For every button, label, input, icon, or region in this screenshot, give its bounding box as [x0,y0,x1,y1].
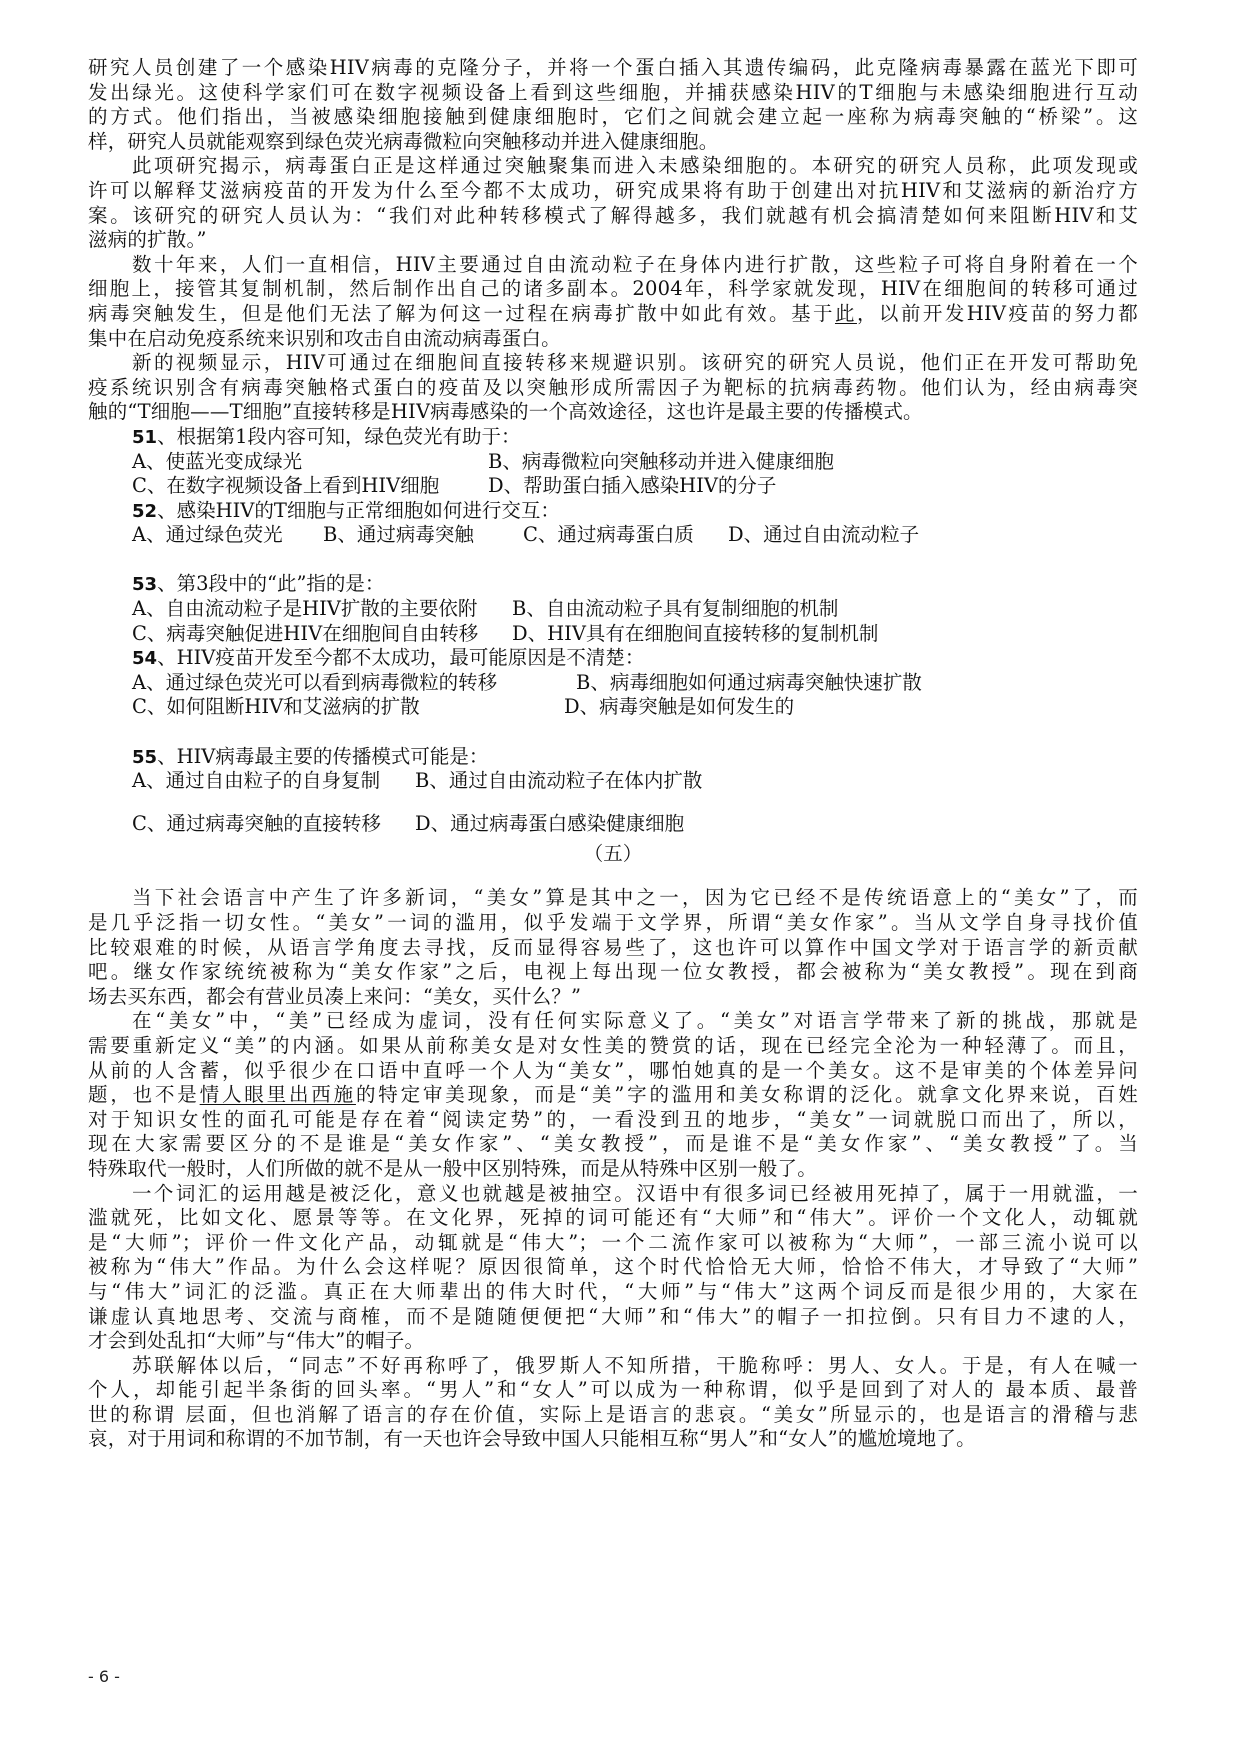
option-a[interactable]: A、通过绿色荧光可以看到病毒微粒的转移 [132,671,497,696]
question-stem: 53、第3段中的“此”指的是： [88,572,1138,597]
text-line: 的方式。他们指出，当被感染细胞接触到健康细胞时，它们之间就会建立起一座称为病毒突… [88,105,1138,130]
underlined-phrase: 情人眼里出西施 [200,1083,356,1106]
section5-paragraph-1: 当下社会语言中产生了许多新词，“美女”算是其中之一，因为它已经不是传统语意上的“… [88,886,1138,1009]
question-55: 55、HIV病毒最主要的传播模式可能是： A、通过自由粒子的自身复制 B、通过自… [88,745,1138,837]
option-d[interactable]: D、通过病毒蛋白感染健康细胞 [415,812,684,837]
text-line: 疫系统识别含有病毒突触格式蛋白的疫苗及以突触形成所需因子为靶标的抗病毒药物。他们… [88,376,1138,401]
question-51: 51、根据第1段内容可知，绿色荧光有助于： A、使蓝光变成绿光 B、病毒微粒向突… [88,425,1138,499]
text-line: 新的视频显示，HIV可通过在细胞间直接转移来规避识别。该研究的研究人员说，他们正… [88,351,1138,376]
text-line: 滥就死，比如文化、愿景等等。在文化界，死掉的词可能还有“大师”和“伟大”。评价一… [88,1206,1138,1231]
option-a[interactable]: A、使蓝光变成绿光 [132,450,302,475]
underlined-reference-word: 此 [835,302,857,325]
option-c[interactable]: C、如何阻断HIV和艾滋病的扩散 [132,695,420,720]
text-line: 个人，却能引起半条街的回头率。“男人”和“女人”可以成为一种称谓，似乎是回到了对… [88,1378,1138,1403]
option-b[interactable]: B、通过自由流动粒子在体内扩散 [415,769,702,794]
text-line: 集中在启动免疫系统来识别和攻击自由流动病毒蛋白。 [88,327,1138,352]
text-line: 一个词汇的运用越是被泛化，意义也就越是被抽空。汉语中有很多词已经被用死掉了，属于… [88,1182,1138,1207]
text-line: 比较艰难的时候，从语言学角度去寻找，反而显得容易些了，这也许可以算作中国文学对于… [88,936,1138,961]
text-line: 在“美女”中，“美”已经成为虚词，没有任何实际意义了。“美女”对语言学带来了新的… [88,1009,1138,1034]
option-d[interactable]: D、通过自由流动粒子 [728,523,919,548]
option-b[interactable]: B、通过病毒突触 [323,523,474,548]
text-line: 发出绿光。这使科学家们可在数字视频设备上看到这些细胞，并捕获感染HIV的T细胞与… [88,81,1138,106]
option-a[interactable]: A、通过自由粒子的自身复制 [132,769,380,794]
section5-paragraph-4: 苏联解体以后，“同志”不好再称呼了，俄罗斯人不知所措，干脆称呼：男人、女人。于是… [88,1354,1138,1452]
text-line: 哀，对于用词和称谓的不加节制，有一天也许会导致中国人只能相互称“男人”和“女人”… [88,1427,1138,1452]
text-line: 当下社会语言中产生了许多新词，“美女”算是其中之一，因为它已经不是传统语意上的“… [88,886,1138,911]
text-line: 案。该研究的研究人员认为：“我们对此种转移模式了解得越多，我们就越有机会搞清楚如… [88,204,1138,229]
text-line: 样，研究人员就能观察到绿色荧光病毒微粒向突触移动并进入健康细胞。 [88,130,1138,155]
question-52: 52、感染HIV的T细胞与正常细胞如何进行交互： A、通过绿色荧光 B、通过病毒… [88,499,1138,548]
question-stem: 54、HIV疫苗开发至今都不太成功，最可能原因是不清楚： [88,646,1138,671]
option-a[interactable]: A、自由流动粒子是HIV扩散的主要依附 [132,597,477,622]
passage-paragraph-1: 研究人员创建了一个感染HIV病毒的克隆分子，并将一个蛋白插入其遗传编码，此克隆病… [88,56,1138,154]
text-line: 题，也不是情人眼里出西施的特定审美现象，而是“美”字的滥用和美女称谓的泛化。就拿… [88,1083,1138,1108]
option-d[interactable]: D、病毒突触是如何发生的 [564,695,794,720]
text-line: 吧。继女作家统统被称为“美女作家”之后，电视上每出现一位女教授，都会被称为“美女… [88,960,1138,985]
option-d[interactable]: D、HIV具有在细胞间直接转移的复制机制 [512,622,878,647]
text-line: 被称为“伟大”作品。为什么会这样呢？原因很简单，这个时代恰恰无大师，恰恰不伟大，… [88,1255,1138,1280]
text-line: 触的“T细胞——T细胞”直接转移是HIV病毒感染的一个高效途径，这也许是最主要的… [88,400,1138,425]
option-c[interactable]: C、在数字视频设备上看到HIV细胞 [132,474,439,499]
option-c[interactable]: C、病毒突触促进HIV在细胞间自由转移 [132,622,478,647]
text-line: 需要重新定义“美”的内涵。如果从前称美女是对女性美的赞赏的话，现在已经完全沦为一… [88,1034,1138,1059]
section5-paragraph-3: 一个词汇的运用越是被泛化，意义也就越是被抽空。汉语中有很多词已经被用死掉了，属于… [88,1182,1138,1354]
text-line: 病毒突触发生，但是他们无法了解为何这一过程在病毒扩散中如此有效。基于此，以前开发… [88,302,1138,327]
text-line: 细胞上，接管其复制机制，然后制作出自己的诸多副本。2004年，科学家就发现，HI… [88,277,1138,302]
text-line: 特殊取代一般时，人们所做的就不是从一般中区别特殊，而是从特殊中区别一般了。 [88,1157,1138,1182]
text-line: 研究人员创建了一个感染HIV病毒的克隆分子，并将一个蛋白插入其遗传编码，此克隆病… [88,56,1138,81]
text-line: 对于知识女性的面孔可能是存在着“阅读定势”的，一看没到丑的地步，“美女”一词就脱… [88,1108,1138,1133]
text-line: 此项研究揭示，病毒蛋白正是这样通过突触聚集而进入未感染细胞的。本研究的研究人员称… [88,154,1138,179]
text-line: 世的称谓 层面，但也消解了语言的存在价值，实际上是语言的悲哀。“美女”所显示的，… [88,1403,1138,1428]
passage-paragraph-3: 数十年来，人们一直相信，HIV主要通过自由流动粒子在身体内进行扩散，这些粒子可将… [88,253,1138,351]
question-stem: 55、HIV病毒最主要的传播模式可能是： [88,745,1138,770]
option-b[interactable]: B、自由流动粒子具有复制细胞的机制 [512,597,838,622]
passage-paragraph-2: 此项研究揭示，病毒蛋白正是这样通过突触聚集而进入未感染细胞的。本研究的研究人员称… [88,154,1138,252]
question-stem: 51、根据第1段内容可知，绿色荧光有助于： [88,425,1138,450]
text-line: 与“伟大”词汇的泛滥。真正在大师辈出的伟大时代，“大师”与“伟大”这两个词反而是… [88,1280,1138,1305]
option-a[interactable]: A、通过绿色荧光 [132,523,283,548]
text-line: 是几乎泛指一切女性。“美女”一词的滥用，似乎发端于文学界，所谓“美女作家”。当从… [88,911,1138,936]
text-line: 才会到处乱扣“大师”与“伟大”的帽子。 [88,1329,1138,1354]
option-c[interactable]: C、通过病毒突触的直接转移 [132,812,381,837]
document-page: 研究人员创建了一个感染HIV病毒的克隆分子，并将一个蛋白插入其遗传编码，此克隆病… [88,56,1138,1452]
question-54: 54、HIV疫苗开发至今都不太成功，最可能原因是不清楚： A、通过绿色荧光可以看… [88,646,1138,720]
question-stem: 52、感染HIV的T细胞与正常细胞如何进行交互： [88,499,1138,524]
option-d[interactable]: D、帮助蛋白插入感染HIV的分子 [488,474,776,499]
option-b[interactable]: B、病毒微粒向突触移动并进入健康细胞 [488,450,834,475]
text-line: 许可以解释艾滋病疫苗的开发为什么至今都不太成功，研究成果将有助于创建出对抗HIV… [88,179,1138,204]
section-heading: （五） [88,836,1138,872]
text-line: 从前的人含蓄，似乎很少在口语中直呼一个人为“美女”，哪怕她真的是一个美女。这不是… [88,1059,1138,1084]
text-line: 是“大师”；评价一件文化产品，动辄就是“伟大”；一个二流作家可以被称为“大师”，… [88,1231,1138,1256]
text-line: 现在大家需要区分的不是谁是“美女作家”、“美女教授”，而是谁不是“美女作家”、“… [88,1132,1138,1157]
text-line: 谦虚认真地思考、交流与商榷，而不是随随便便把“大师”和“伟大”的帽子一扣拉倒。只… [88,1305,1138,1330]
page-number: - 6 - [88,1667,120,1686]
option-c[interactable]: C、通过病毒蛋白质 [523,523,694,548]
text-line: 滋病的扩散。” [88,228,1138,253]
section5-paragraph-2: 在“美女”中，“美”已经成为虚词，没有任何实际意义了。“美女”对语言学带来了新的… [88,1009,1138,1181]
text-line: 数十年来，人们一直相信，HIV主要通过自由流动粒子在身体内进行扩散，这些粒子可将… [88,253,1138,278]
text-line: 苏联解体以后，“同志”不好再称呼了，俄罗斯人不知所措，干脆称呼：男人、女人。于是… [88,1354,1138,1379]
option-b[interactable]: B、病毒细胞如何通过病毒突触快速扩散 [576,671,922,696]
question-53: 53、第3段中的“此”指的是： A、自由流动粒子是HIV扩散的主要依附 B、自由… [88,572,1138,646]
passage-paragraph-4: 新的视频显示，HIV可通过在细胞间直接转移来规避识别。该研究的研究人员说，他们正… [88,351,1138,425]
text-line: 场去买东西，都会有营业员凑上来问：“美女，买什么？” [88,985,1138,1010]
